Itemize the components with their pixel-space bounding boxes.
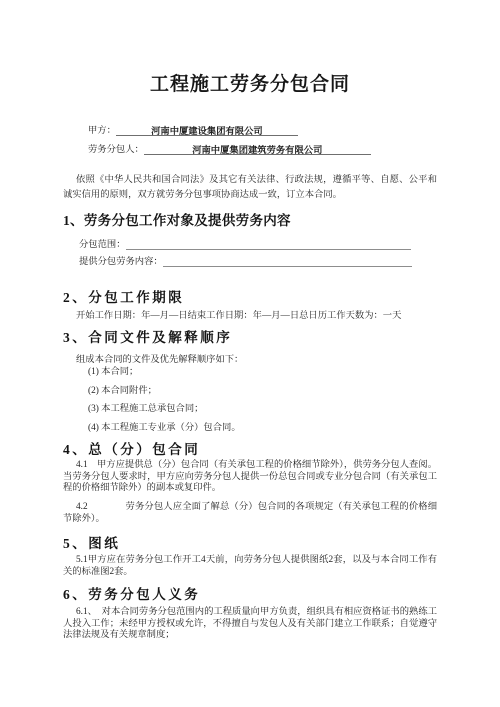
section-4-heading: 4、总（分）包合同: [63, 438, 437, 458]
subcontract-scope-field: 分包范围：: [63, 236, 453, 250]
subcontract-scope-label: 分包范围：: [79, 240, 126, 250]
subcontract-scope-blank-line: [126, 238, 411, 250]
party-a-label: 甲方：: [88, 122, 116, 136]
labor-content-field: 提供分包劳务内容：: [63, 253, 453, 267]
contract-doc-item-2: (2) 本合同附件；: [88, 386, 462, 397]
clause-4-2: 4.2 劳务分包人应全面了解总（分）包合同的各项规定（有关承包工程的价格细节除外…: [63, 502, 437, 525]
contract-doc-item-1: (1) 本合同；: [88, 367, 462, 378]
contract-document-page: 工程施工劳务分包合同 甲方：河南中厦建设集团有限公司 劳务分包人：河南中厦集团建…: [0, 0, 500, 707]
party-a-name-line: 河南中厦建设集团有限公司: [116, 123, 298, 136]
contract-docs-list: (1) 本合同； (2) 本合同附件； (3) 本工程施工总承包合同； (4) …: [63, 367, 462, 441]
section-5-heading: 5、图纸: [63, 532, 437, 552]
contract-docs-lead: 组成本合同的文件及优先解释顺序如下：: [63, 351, 450, 365]
contract-doc-item-4: (4) 本工程施工专业承（分）包合同。: [88, 423, 462, 434]
labor-content-blank-line: [163, 255, 412, 267]
document-title: 工程施工劳务分包合同: [63, 69, 437, 96]
preamble-paragraph: 依照《中华人民共和国合同法》及其它有关法律、行政法规，遵循平等、自愿、公平和诚实…: [63, 173, 437, 203]
party-a-row: 甲方：河南中厦建设集团有限公司: [63, 122, 462, 136]
clause-6-1: 6.1、 对本合同劳务分包范围内的工程质量向甲方负责，组织具有相应资格证书的熟练…: [63, 607, 437, 642]
section-1-heading: 1、劳务分包工作对象及提供劳务内容: [63, 209, 437, 229]
section-3-heading: 3、合同文件及解释顺序: [63, 326, 437, 346]
work-period-text: 开始工作日期：年—月—日结束工作日期：年—月—日总日历工作天数为：一天: [63, 307, 450, 321]
party-b-label: 劳务分包人：: [88, 141, 144, 155]
clause-4-1: 4.1 甲方应提供总（分）包合同（有关承包工程的价格细节除外），供劳务分包人查阅…: [63, 460, 437, 495]
contract-doc-item-3: (3) 本工程施工总承包合同；: [88, 404, 462, 415]
party-b-row: 劳务分包人：河南中厦集团建筑劳务有限公司: [63, 141, 462, 155]
labor-content-label: 提供分包劳务内容：: [79, 257, 163, 267]
section-6-heading: 6、劳务分包人义务: [63, 583, 437, 603]
section-2-heading: 2、分包工作期限: [63, 286, 437, 306]
party-b-name-line: 河南中厦集团建筑劳务有限公司: [144, 142, 371, 155]
clause-5-1: 5.1甲方应在劳务分包工作开工4天前，向劳务分包人提供图纸2套，以及与本合同工作…: [63, 555, 437, 578]
